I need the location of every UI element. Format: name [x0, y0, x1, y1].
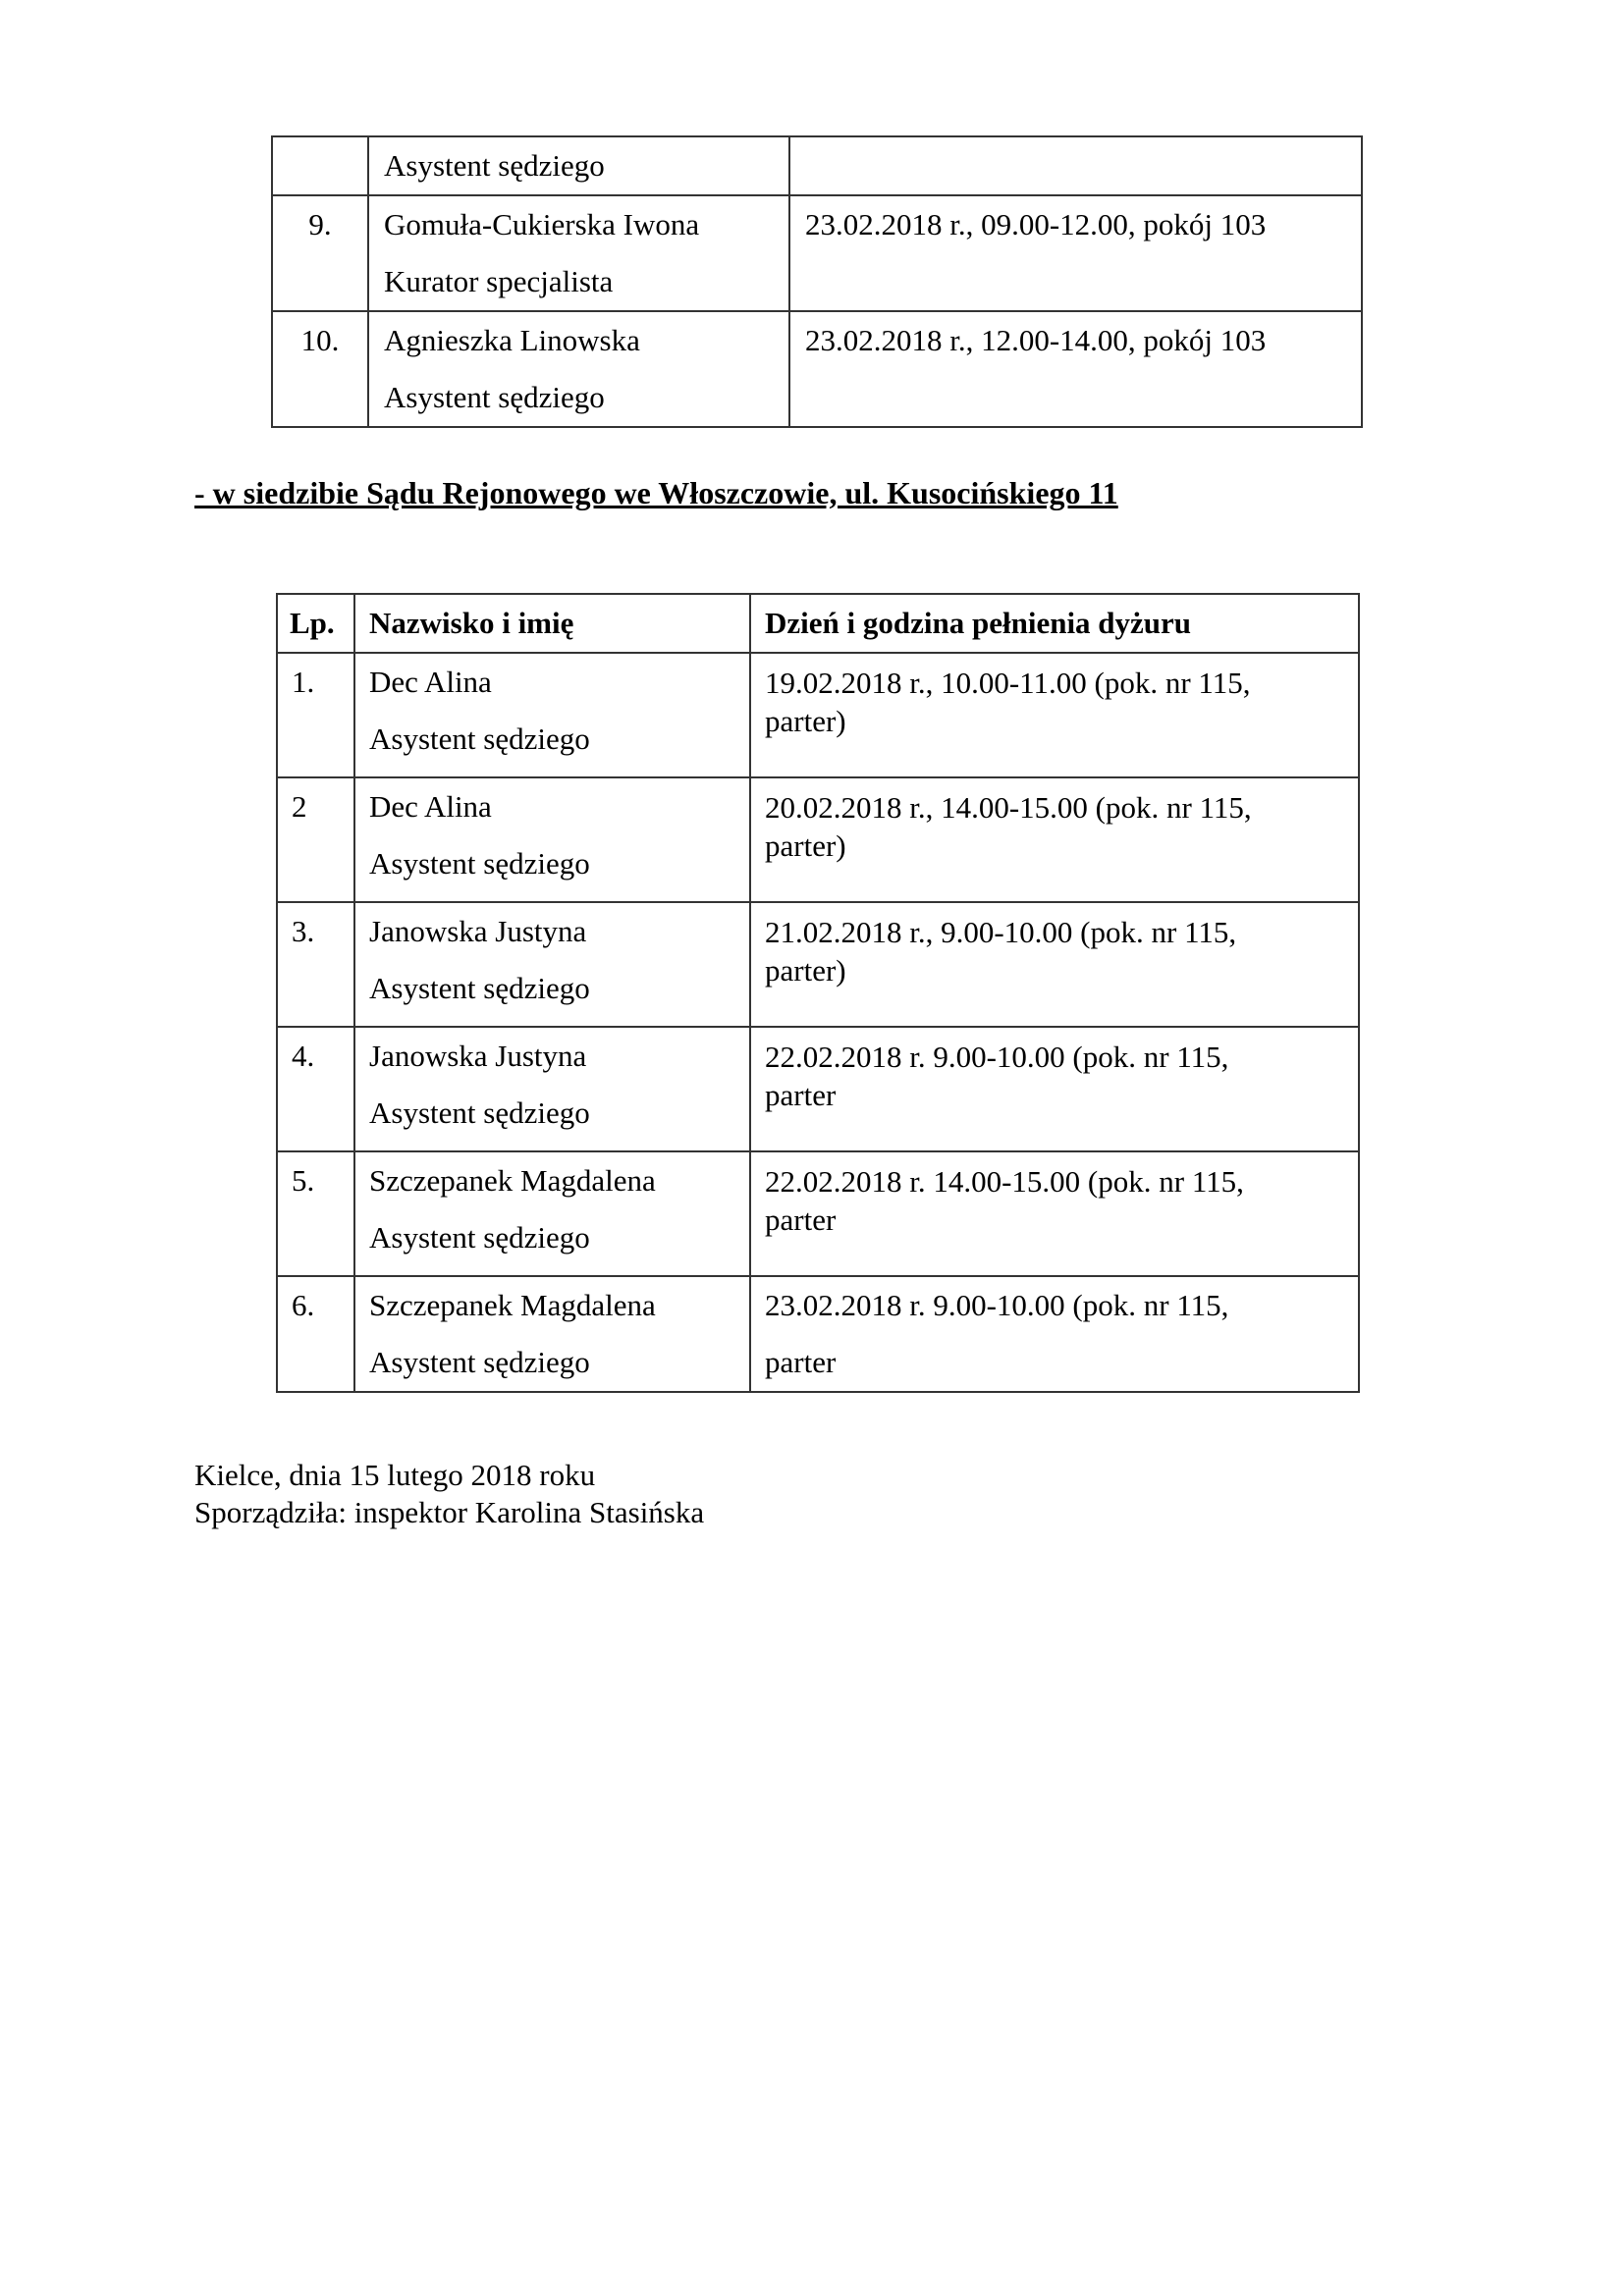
person-name: Gomuła-Cukierska Iwona: [384, 196, 788, 253]
row-number: [272, 136, 368, 195]
person-cell: Dec Alina Asystent sędziego: [354, 653, 750, 777]
duty-line: 22.02.2018 r. 9.00-10.00 (pok. nr 115,: [765, 1038, 1338, 1076]
duty-time: [789, 136, 1362, 195]
person-name: Szczepanek Magdalena: [369, 1277, 749, 1334]
person-role: Asystent sędziego: [369, 835, 749, 892]
row-number: 3.: [277, 902, 354, 1027]
duty-line: parter: [765, 1076, 1338, 1114]
table-row: 9. Gomuła-Cukierska Iwona Kurator specja…: [272, 195, 1362, 311]
duty-table-continued: Asystent sędziego 9. Gomuła-Cukierska Iw…: [271, 135, 1363, 428]
duty-line: parter): [765, 827, 1338, 865]
duty-time: 23.02.2018 r., 09.00-12.00, pokój 103: [789, 195, 1362, 311]
duty-line: 23.02.2018 r. 9.00-10.00 (pok. nr 115,: [765, 1277, 1338, 1334]
table-row: 6. Szczepanek Magdalena Asystent sędzieg…: [277, 1276, 1359, 1392]
duty-time: 20.02.2018 r., 14.00-15.00 (pok. nr 115,…: [750, 777, 1359, 902]
duty-time: 21.02.2018 r., 9.00-10.00 (pok. nr 115, …: [750, 902, 1359, 1027]
duty-time: 22.02.2018 r. 9.00-10.00 (pok. nr 115, p…: [750, 1027, 1359, 1151]
header-name: Nazwisko i imię: [354, 594, 750, 653]
person-cell: Dec Alina Asystent sędziego: [354, 777, 750, 902]
person-cell: Asystent sędziego: [368, 136, 789, 195]
place-and-date: Kielce, dnia 15 lutego 2018 roku: [194, 1457, 704, 1494]
duty-line: parter): [765, 702, 1338, 740]
person-name: Janowska Justyna: [369, 903, 749, 960]
row-number: 4.: [277, 1027, 354, 1151]
person-cell: Gomuła-Cukierska Iwona Kurator specjalis…: [368, 195, 789, 311]
duty-line: 19.02.2018 r., 10.00-11.00 (pok. nr 115,: [765, 664, 1338, 702]
person-role: Asystent sędziego: [369, 1085, 749, 1142]
person-cell: Szczepanek Magdalena Asystent sędziego: [354, 1151, 750, 1276]
row-number: 1.: [277, 653, 354, 777]
duty-line: parter): [765, 951, 1338, 989]
duty-line: parter: [765, 1334, 1338, 1391]
row-number: 2: [277, 777, 354, 902]
row-number: 6.: [277, 1276, 354, 1392]
duty-line: 22.02.2018 r. 14.00-15.00 (pok. nr 115,: [765, 1162, 1338, 1201]
duty-time: 23.02.2018 r. 9.00-10.00 (pok. nr 115, p…: [750, 1276, 1359, 1392]
row-number: 10.: [272, 311, 368, 427]
prepared-by: Sporządziła: inspektor Karolina Stasińsk…: [194, 1494, 704, 1531]
person-cell: Janowska Justyna Asystent sędziego: [354, 902, 750, 1027]
row-number: 5.: [277, 1151, 354, 1276]
person-role: Asystent sędziego: [384, 369, 788, 426]
person-role: Asystent sędziego: [369, 960, 749, 1017]
person-role: Asystent sędziego: [369, 1209, 749, 1266]
duty-time: 22.02.2018 r. 14.00-15.00 (pok. nr 115, …: [750, 1151, 1359, 1276]
person-role: Kurator specjalista: [384, 253, 788, 310]
duty-line: 20.02.2018 r., 14.00-15.00 (pok. nr 115,: [765, 788, 1338, 827]
section-heading: - w siedzibie Sądu Rejonowego we Włoszcz…: [194, 475, 1118, 511]
person-role: Asystent sędziego: [384, 137, 788, 194]
person-cell: Janowska Justyna Asystent sędziego: [354, 1027, 750, 1151]
header-lp: Lp.: [277, 594, 354, 653]
person-role: Asystent sędziego: [369, 711, 749, 768]
table-row: 4. Janowska Justyna Asystent sędziego 22…: [277, 1027, 1359, 1151]
person-cell: Szczepanek Magdalena Asystent sędziego: [354, 1276, 750, 1392]
duty-time: 23.02.2018 r., 12.00-14.00, pokój 103: [789, 311, 1362, 427]
document-footer: Kielce, dnia 15 lutego 2018 roku Sporząd…: [194, 1457, 704, 1531]
person-role: Asystent sędziego: [369, 1334, 749, 1391]
table-row: 1. Dec Alina Asystent sędziego 19.02.201…: [277, 653, 1359, 777]
table-row: 5. Szczepanek Magdalena Asystent sędzieg…: [277, 1151, 1359, 1276]
person-cell: Agnieszka Linowska Asystent sędziego: [368, 311, 789, 427]
table-row: 3. Janowska Justyna Asystent sędziego 21…: [277, 902, 1359, 1027]
duty-time: 19.02.2018 r., 10.00-11.00 (pok. nr 115,…: [750, 653, 1359, 777]
table-row: 10. Agnieszka Linowska Asystent sędziego…: [272, 311, 1362, 427]
person-name: Agnieszka Linowska: [384, 312, 788, 369]
duty-table-wloszczowa: Lp. Nazwisko i imię Dzień i godzina pełn…: [276, 593, 1360, 1393]
table-header-row: Lp. Nazwisko i imię Dzień i godzina pełn…: [277, 594, 1359, 653]
person-name: Dec Alina: [369, 654, 749, 711]
person-name: Szczepanek Magdalena: [369, 1152, 749, 1209]
duty-line: 21.02.2018 r., 9.00-10.00 (pok. nr 115,: [765, 913, 1338, 951]
header-duty: Dzień i godzina pełnienia dyżuru: [750, 594, 1359, 653]
row-number: 9.: [272, 195, 368, 311]
person-name: Dec Alina: [369, 778, 749, 835]
duty-line: parter: [765, 1201, 1338, 1239]
person-name: Janowska Justyna: [369, 1028, 749, 1085]
table-row: 2 Dec Alina Asystent sędziego 20.02.2018…: [277, 777, 1359, 902]
table-row: Asystent sędziego: [272, 136, 1362, 195]
